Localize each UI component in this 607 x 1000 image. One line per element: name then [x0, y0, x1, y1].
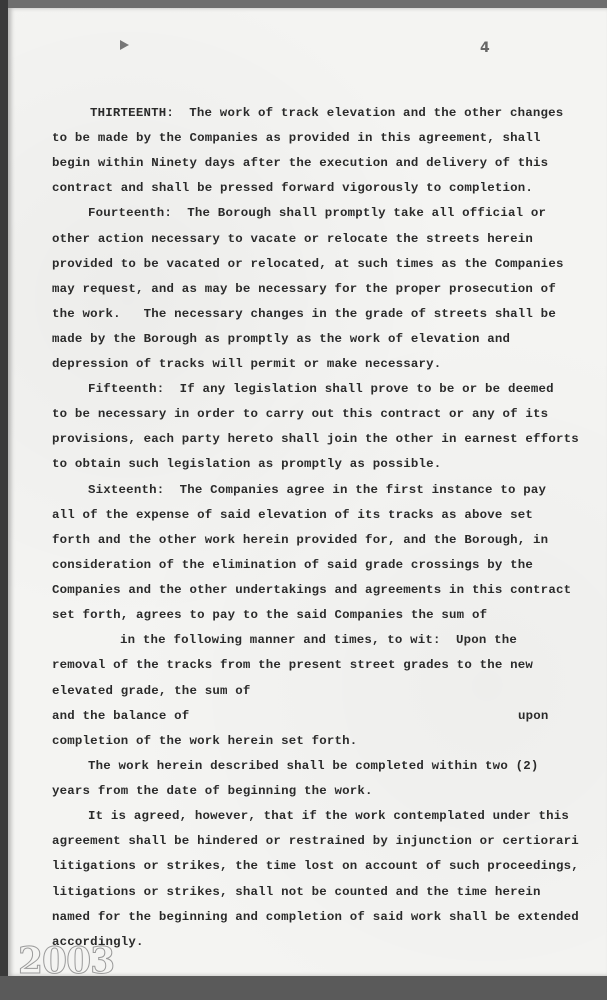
text-line: in the following manner and times, to wi… [120, 633, 517, 647]
text-line: provided to be vacated or relocated, at … [52, 257, 564, 271]
text-line: completion of the work herein set forth. [52, 734, 357, 748]
arrow-mark-icon [120, 40, 129, 50]
page-stamp-number: 2003 [18, 940, 114, 982]
text-line: to be necessary in order to carry out th… [52, 407, 548, 421]
text-line: contract and shall be pressed forward vi… [52, 181, 533, 195]
text-line: provisions, each party hereto shall join… [52, 432, 579, 446]
text-line: made by the Borough as promptly as the w… [52, 332, 510, 346]
scan-left-border [0, 0, 8, 1000]
text-line: Sixteenth: The Companies agree in the fi… [88, 483, 546, 497]
text-line: litigations or strikes, shall not be cou… [52, 885, 541, 899]
text-line: removal of the tracks from the present s… [52, 658, 533, 672]
text-line: upon [518, 709, 549, 723]
text-line: other action necessary to vacate or relo… [52, 232, 533, 246]
text-line: THIRTEENTH: The work of track elevation … [90, 106, 563, 120]
text-line: all of the expense of said elevation of … [52, 508, 533, 522]
text-line: begin within Ninety days after the execu… [52, 156, 548, 170]
text-line: forth and the other work herein provided… [52, 533, 548, 547]
text-line: set forth, agrees to pay to the said Com… [52, 608, 487, 622]
text-line: Fourteenth: The Borough shall promptly t… [88, 206, 546, 220]
scan-top-border [0, 0, 607, 8]
text-line: may request, and as may be necessary for… [52, 282, 556, 296]
text-line: elevated grade, the sum of [52, 684, 251, 698]
text-line: The work herein described shall be compl… [88, 759, 539, 773]
text-line: to obtain such legislation as promptly a… [52, 457, 441, 471]
text-line: litigations or strikes, the time lost on… [52, 859, 579, 873]
text-line: the work. The necessary changes in the g… [52, 307, 556, 321]
text-line: depression of tracks will permit or make… [52, 357, 441, 371]
text-line: and the balance of [52, 709, 189, 723]
text-line: Fifteenth: If any legislation shall prov… [88, 382, 554, 396]
text-line: agreement shall be hindered or restraine… [52, 834, 579, 848]
text-line: Companies and the other undertakings and… [52, 583, 571, 597]
text-line: to be made by the Companies as provided … [52, 131, 541, 145]
text-line: named for the beginning and completion o… [52, 910, 579, 924]
text-line: It is agreed, however, that if the work … [88, 809, 569, 823]
text-line: consideration of the elimination of said… [52, 558, 533, 572]
text-line: years from the date of beginning the wor… [52, 784, 373, 798]
page-number: 4 [480, 40, 490, 56]
